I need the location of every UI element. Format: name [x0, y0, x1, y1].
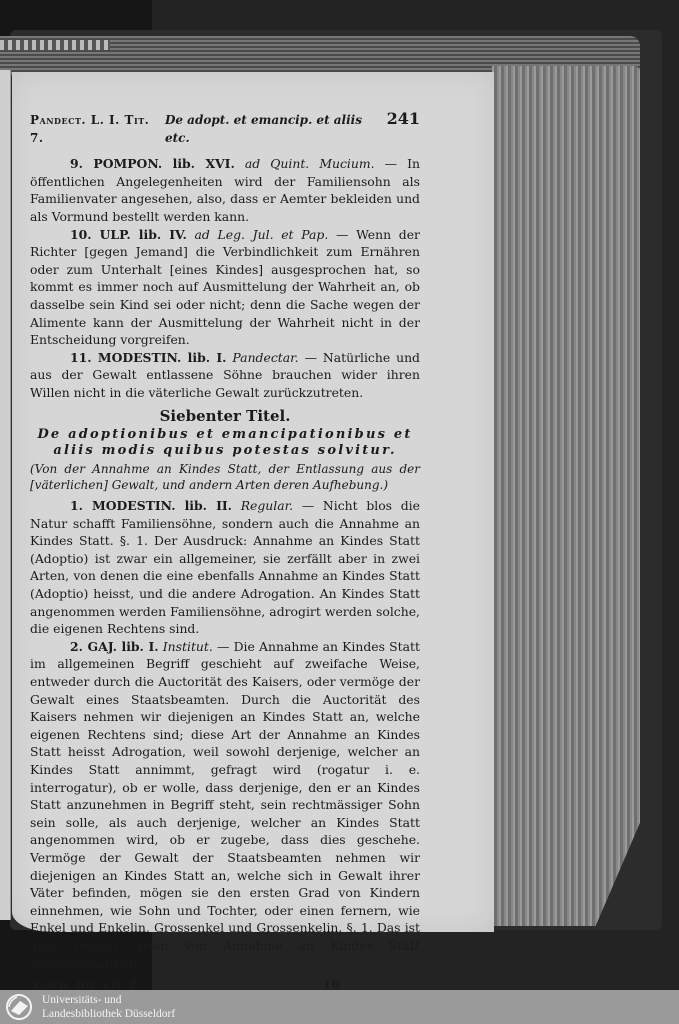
running-head-left: Pandect. L. I. Tit. 7.	[30, 112, 165, 147]
paragraph-lead: 1. MODESTIN. lib. II.	[70, 498, 232, 513]
book-headband	[0, 40, 110, 50]
book-logo-icon	[4, 993, 34, 1021]
book-page: Pandect. L. I. Tit. 7. De adopt. et eman…	[12, 72, 494, 932]
section-paragraph-2: 2. GAJ. lib. I. Institut. — Die Annahme …	[30, 638, 420, 972]
paragraph-9: 9. POMPON. lib. XVI. ad Quint. Mucium. —…	[30, 155, 420, 225]
paragraph-source: ad Leg. Jul. et Pap.	[195, 227, 329, 242]
library-name: Universitäts- und Landesbibliothek Düsse…	[42, 993, 175, 1021]
facing-page-edge	[0, 70, 11, 920]
paragraph-body: — Nicht blos die Natur schafft Familiens…	[30, 498, 420, 636]
paragraph-lead: 10. ULP. lib. IV.	[70, 227, 187, 242]
paragraph-body: — Die Annahme an Kindes Statt im allgeme…	[30, 639, 420, 971]
paragraph-lead: 2. GAJ. lib. I.	[70, 639, 159, 654]
paragraph-source: ad Quint. Mucium.	[245, 156, 375, 171]
paragraph-lead: 9. POMPON. lib. XVI.	[70, 156, 235, 171]
running-head: Pandect. L. I. Tit. 7. De adopt. et eman…	[30, 110, 420, 147]
paragraph-10: 10. ULP. lib. IV. ad Leg. Jul. et Pap. —…	[30, 226, 420, 349]
library-name-line-1: Universitäts- und	[42, 993, 175, 1007]
section-paragraph-1: 1. MODESTIN. lib. II. Regular. — Nicht b…	[30, 497, 420, 638]
page-text: Pandect. L. I. Tit. 7. De adopt. et eman…	[30, 110, 420, 994]
page-number: 241	[387, 110, 420, 128]
paragraph-body: — Wenn der Richter [gegen Jemand] die Ve…	[30, 227, 420, 348]
latin-title: De adoptionibus et emancipationibus et a…	[30, 427, 420, 459]
section-heading: Siebenter Titel.	[30, 408, 420, 426]
running-head-title: De adopt. et emancip. et aliis etc.	[165, 112, 387, 147]
german-subtitle: (Von der Annahme an Kindes Statt, der En…	[30, 461, 420, 493]
paragraph-source: Institut.	[163, 639, 213, 654]
paragraph-11: 11. MODESTIN. lib. I. Pandectar. — Natür…	[30, 349, 420, 402]
paragraph-lead: 11. MODESTIN. lib. I.	[70, 350, 226, 365]
paragraph-source: Regular.	[241, 498, 293, 513]
library-name-line-2: Landesbibliothek Düsseldorf	[42, 1007, 175, 1021]
book-fore-edge	[492, 66, 640, 926]
library-footer: Universitäts- und Landesbibliothek Düsse…	[0, 990, 679, 1024]
paragraph-source: Pandectar.	[232, 350, 298, 365]
